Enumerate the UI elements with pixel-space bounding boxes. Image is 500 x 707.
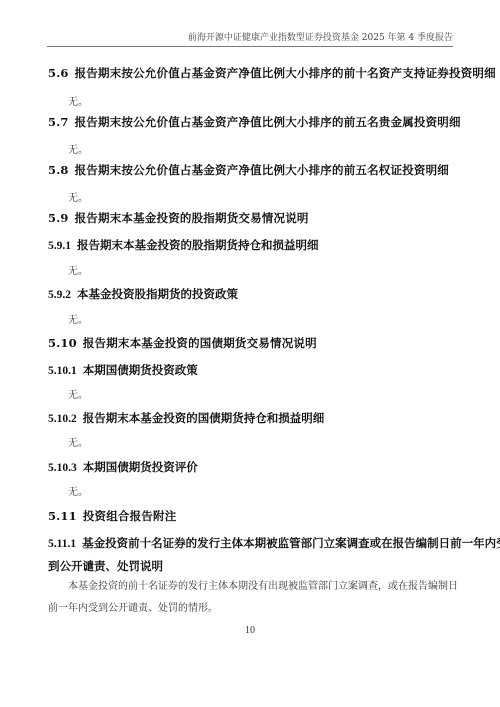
page-number: 10: [0, 625, 500, 636]
section-number: 5.8: [48, 163, 69, 177]
section-title: 本期国债期货投资政策: [83, 363, 198, 377]
section-body-5-6: 无。: [68, 93, 88, 108]
section-body-5-9-1: 无。: [68, 262, 88, 277]
section-title: 报告期末按公允价值占基金资产净值比例大小排序的前十名资产支持证券投资明细: [75, 66, 496, 80]
section-title: 本基金投资股指期货的投资政策: [77, 287, 238, 301]
section-heading-5-9-1: 5.9.1报告期末本基金投资的股指期货持仓和损益明细: [48, 237, 319, 253]
section-number: 5.10.3: [48, 462, 77, 474]
section-heading-5-9-2: 5.9.2本基金投资股指期货的投资政策: [48, 286, 238, 302]
section-number: 5.9.2: [48, 289, 71, 301]
section-heading-5-11: 5.11投资组合报告附注: [48, 508, 176, 524]
section-body-5-7: 无。: [68, 141, 88, 156]
page-header: 前海开源中证健康产业指数型证券投资基金 2025 年第 4 季度报告: [47, 32, 453, 47]
section-title: 本期国债期货投资评价: [83, 460, 198, 474]
section-body-5-8: 无。: [68, 189, 88, 204]
section-title: 报告期末本基金投资的股指期货交易情况说明: [75, 211, 309, 225]
section-number: 5.11.1: [48, 538, 76, 550]
section-heading-5-10-3: 5.10.3本期国债期货投资评价: [48, 459, 198, 475]
section-title-line2: 到公开谴责、处罚说明: [48, 559, 163, 573]
section-number: 5.9.1: [48, 240, 71, 252]
section-heading-5-10-2: 5.10.2报告期末本基金投资的国债期货持仓和损益明细: [48, 410, 324, 426]
section-number: 5.11: [48, 509, 77, 523]
section-body-5-10-3: 无。: [68, 483, 88, 498]
section-title: 报告期末按公允价值占基金资产净值比例大小排序的前五名权证投资明细: [75, 163, 449, 177]
section-heading-5-11-1: 5.11.1基金投资前十名证券的发行主体本期被监管部门立案调查或在报告编制日前一…: [48, 535, 500, 551]
section-heading-5-9: 5.9报告期末本基金投资的股指期货交易情况说明: [48, 210, 309, 226]
section-heading-5-7: 5.7报告期末按公允价值占基金资产净值比例大小排序的前五名贵金属投资明细: [48, 114, 461, 130]
section-number: 5.10.2: [48, 413, 77, 425]
section-heading-5-8: 5.8报告期末按公允价值占基金资产净值比例大小排序的前五名权证投资明细: [48, 162, 449, 178]
section-body-5-10-1: 无。: [68, 386, 88, 401]
section-heading-5-10-1: 5.10.1本期国债期货投资政策: [48, 362, 198, 378]
section-number: 5.6: [48, 66, 69, 80]
section-number: 5.10: [48, 336, 77, 350]
section-number: 5.9: [48, 211, 69, 225]
section-heading-5-11-1-cont: 到公开谴责、处罚说明: [48, 558, 163, 574]
section-title: 报告期末本基金投资的国债期货持仓和损益明细: [83, 411, 325, 425]
section-body-5-10-2: 无。: [68, 434, 88, 449]
section-title: 报告期末本基金投资的国债期货交易情况说明: [83, 336, 317, 350]
section-heading-5-6: 5.6报告期末按公允价值占基金资产净值比例大小排序的前十名资产支持证券投资明细: [48, 65, 496, 81]
section-heading-5-10: 5.10报告期末本基金投资的国债期货交易情况说明: [48, 335, 317, 351]
section-body-5-9-2: 无。: [68, 311, 88, 326]
report-title: 前海开源中证健康产业指数型证券投资基金 2025 年第 4 季度报告: [188, 32, 453, 44]
section-number: 5.10.1: [48, 365, 77, 377]
section-number: 5.7: [48, 115, 69, 129]
section-title: 报告期末本基金投资的股指期货持仓和损益明细: [77, 238, 319, 252]
section-body-5-11-1: 本基金投资的前十名证券的发行主体本期没有出现被监管部门立案调查，或在报告编制日前…: [48, 576, 458, 620]
section-title: 投资组合报告附注: [83, 509, 177, 523]
section-title: 报告期末按公允价值占基金资产净值比例大小排序的前五名贵金属投资明细: [75, 115, 461, 129]
section-title-line1: 基金投资前十名证券的发行主体本期被监管部门立案调查或在报告编制日前一年内受: [82, 536, 500, 550]
